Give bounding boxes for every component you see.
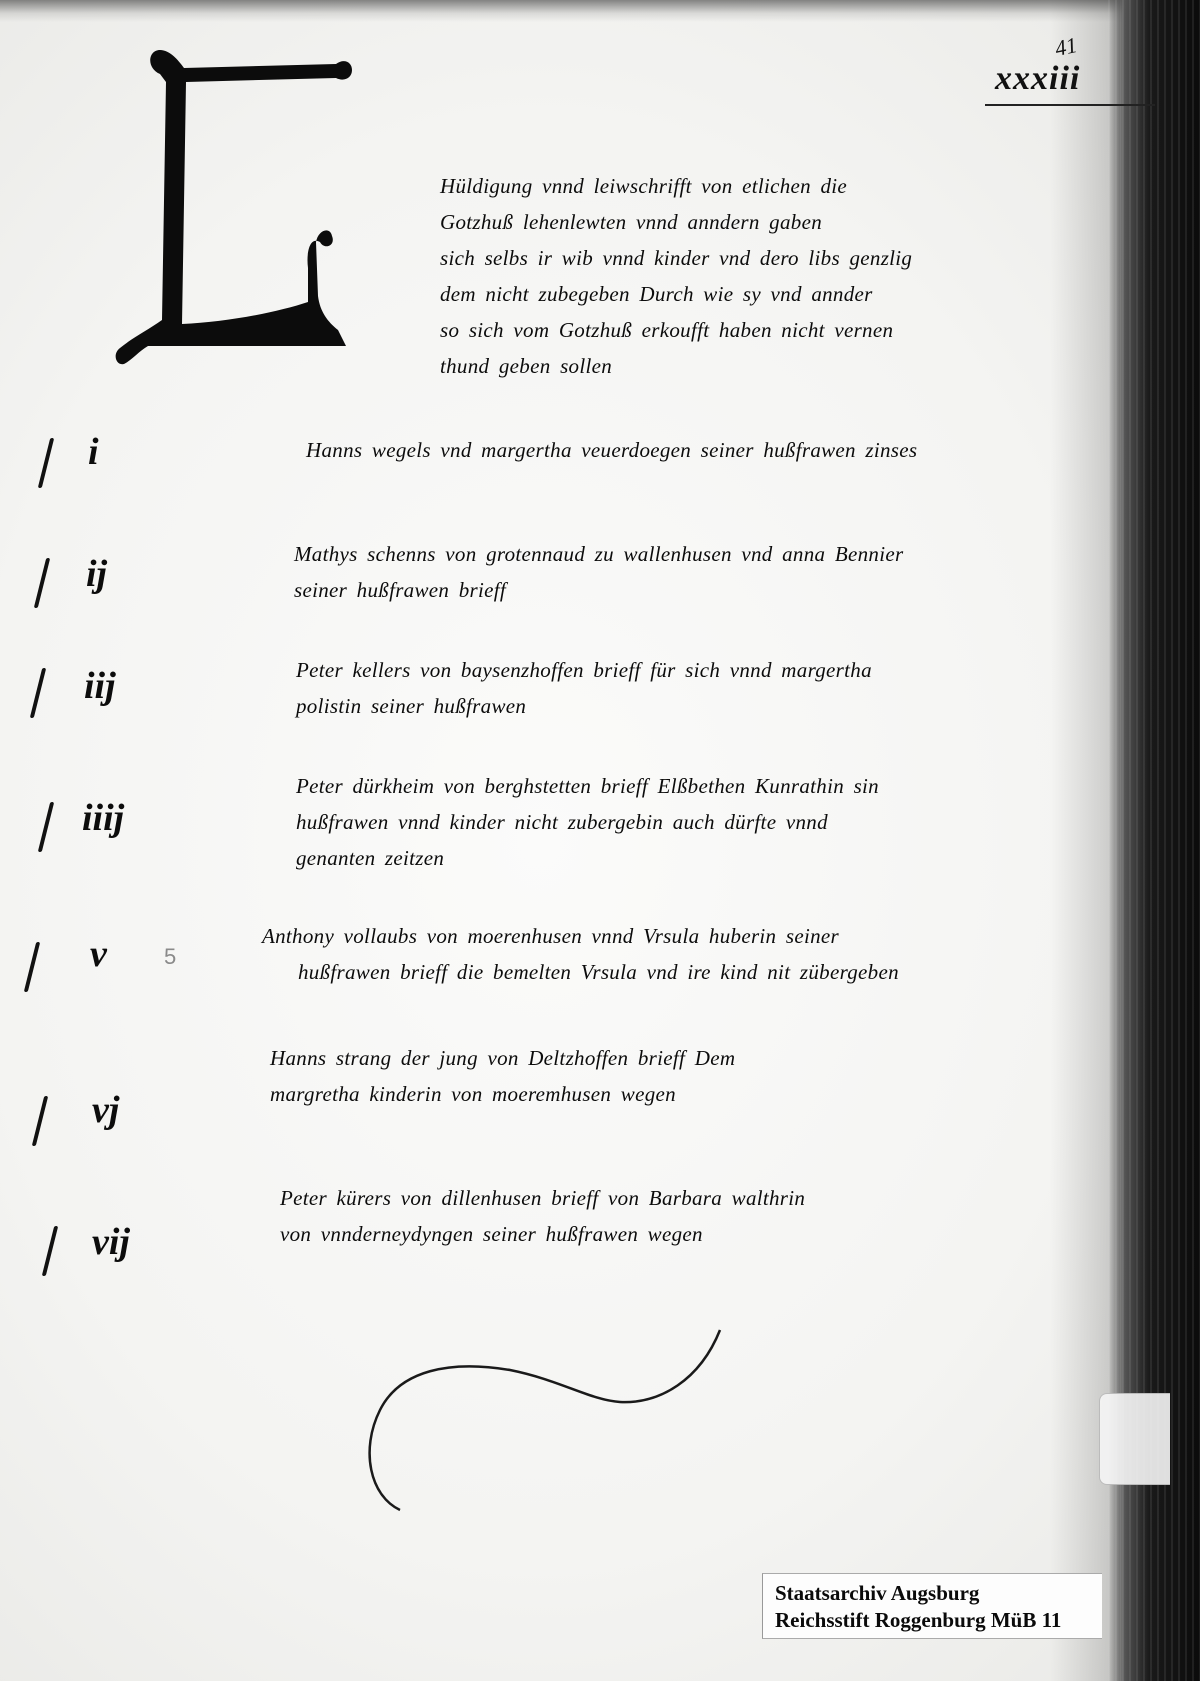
entry-line: Anthony vollaubs von moerenhusen vnnd Vr… <box>262 918 899 954</box>
margin-tick <box>38 438 54 488</box>
entry-line: Peter kürers von dillenhusen brieff von … <box>280 1180 805 1216</box>
heading-line: sich selbs ir wib vnnd kinder vnd dero l… <box>440 240 912 276</box>
margin-tick <box>30 668 46 718</box>
heading-line: thund geben sollen <box>440 348 912 384</box>
entry-3: Peter kellers von baysenzhoffen brieff f… <box>296 652 872 724</box>
entry-line: hußfrawen vnnd kinder nicht zubergebin a… <box>296 804 879 840</box>
entry-1: Hanns wegels vnd margertha veuerdoegen s… <box>306 432 917 468</box>
archive-name: Staatsarchiv Augsburg <box>775 1580 1102 1607</box>
entry-line: margretha kinderin von moeremhusen wegen <box>270 1076 735 1112</box>
binding-clasp <box>1099 1393 1170 1485</box>
folio-rule <box>985 104 1155 106</box>
entry-4: Peter dürkheim von berghstetten brieff E… <box>296 768 879 876</box>
entry-2: Mathys schenns von grotennaud zu wallenh… <box>294 536 903 608</box>
page-top-shadow <box>0 0 1200 22</box>
margin-tick <box>34 558 50 608</box>
margin-tick <box>42 1226 58 1276</box>
decorated-initial-l-icon <box>108 30 368 370</box>
margin-numeral: ij <box>86 552 107 596</box>
heading-line: Hüldigung vnnd leiwschrifft von etlichen… <box>440 168 912 204</box>
entry-line: Peter dürkheim von berghstetten brieff E… <box>296 768 879 804</box>
margin-numeral: i <box>88 430 99 474</box>
entry-line: Hanns wegels vnd margertha veuerdoegen s… <box>306 432 917 468</box>
margin-numeral: v <box>90 932 107 976</box>
heading-line: so sich vom Gotzhuß erkoufft haben nicht… <box>440 312 912 348</box>
heading-line: dem nicht zubegeben Durch wie sy vnd ann… <box>440 276 912 312</box>
entry-line: Mathys schenns von grotennaud zu wallenh… <box>294 536 903 572</box>
margin-numeral: vj <box>92 1088 119 1132</box>
manuscript-page: 41 xxxiii Hüldigung vnnd leiwschrifft vo… <box>0 0 1200 1681</box>
folio-roman-number: xxxiii <box>995 60 1080 98</box>
entry-line: seiner hußfrawen brieff <box>294 572 903 608</box>
margin-numeral: vij <box>92 1220 130 1264</box>
closing-flourish-icon <box>360 1300 760 1520</box>
entry-line: Hanns strang der jung von Deltzhoffen br… <box>270 1040 735 1076</box>
archive-shelfmark: Reichsstift Roggenburg MüB 11 <box>775 1607 1102 1634</box>
folio-arabic-number: 41 <box>1053 32 1080 62</box>
entry-line: Peter kellers von baysenzhoffen brieff f… <box>296 652 872 688</box>
heading-line: Gotzhuß lehenlewten vnnd anndern gaben <box>440 204 912 240</box>
folio-number-block: 41 xxxiii <box>975 34 1165 114</box>
entry-line: genanten zeitzen <box>296 840 879 876</box>
margin-numeral: iij <box>84 664 116 708</box>
entry-6: Hanns strang der jung von Deltzhoffen br… <box>270 1040 735 1112</box>
rubric-heading: Hüldigung vnnd leiwschrifft von etlichen… <box>440 168 912 384</box>
entry-line: von vnnderneydyngen seiner hußfrawen weg… <box>280 1216 805 1252</box>
entry-line: polistin seiner hußfrawen <box>296 688 872 724</box>
entry-line: hußfrawen brieff die bemelten Vrsula vnd… <box>298 954 899 990</box>
margin-numeral: iiij <box>82 796 124 840</box>
entry-7: Peter kürers von dillenhusen brieff von … <box>280 1180 805 1252</box>
archive-shelfmark-label: Staatsarchiv Augsburg Reichsstift Roggen… <box>762 1573 1102 1639</box>
margin-tick <box>38 802 54 852</box>
entry-5: Anthony vollaubs von moerenhusen vnnd Vr… <box>262 918 899 990</box>
pencil-note: 5 <box>164 944 176 970</box>
margin-tick <box>32 1096 48 1146</box>
margin-tick <box>24 942 40 992</box>
